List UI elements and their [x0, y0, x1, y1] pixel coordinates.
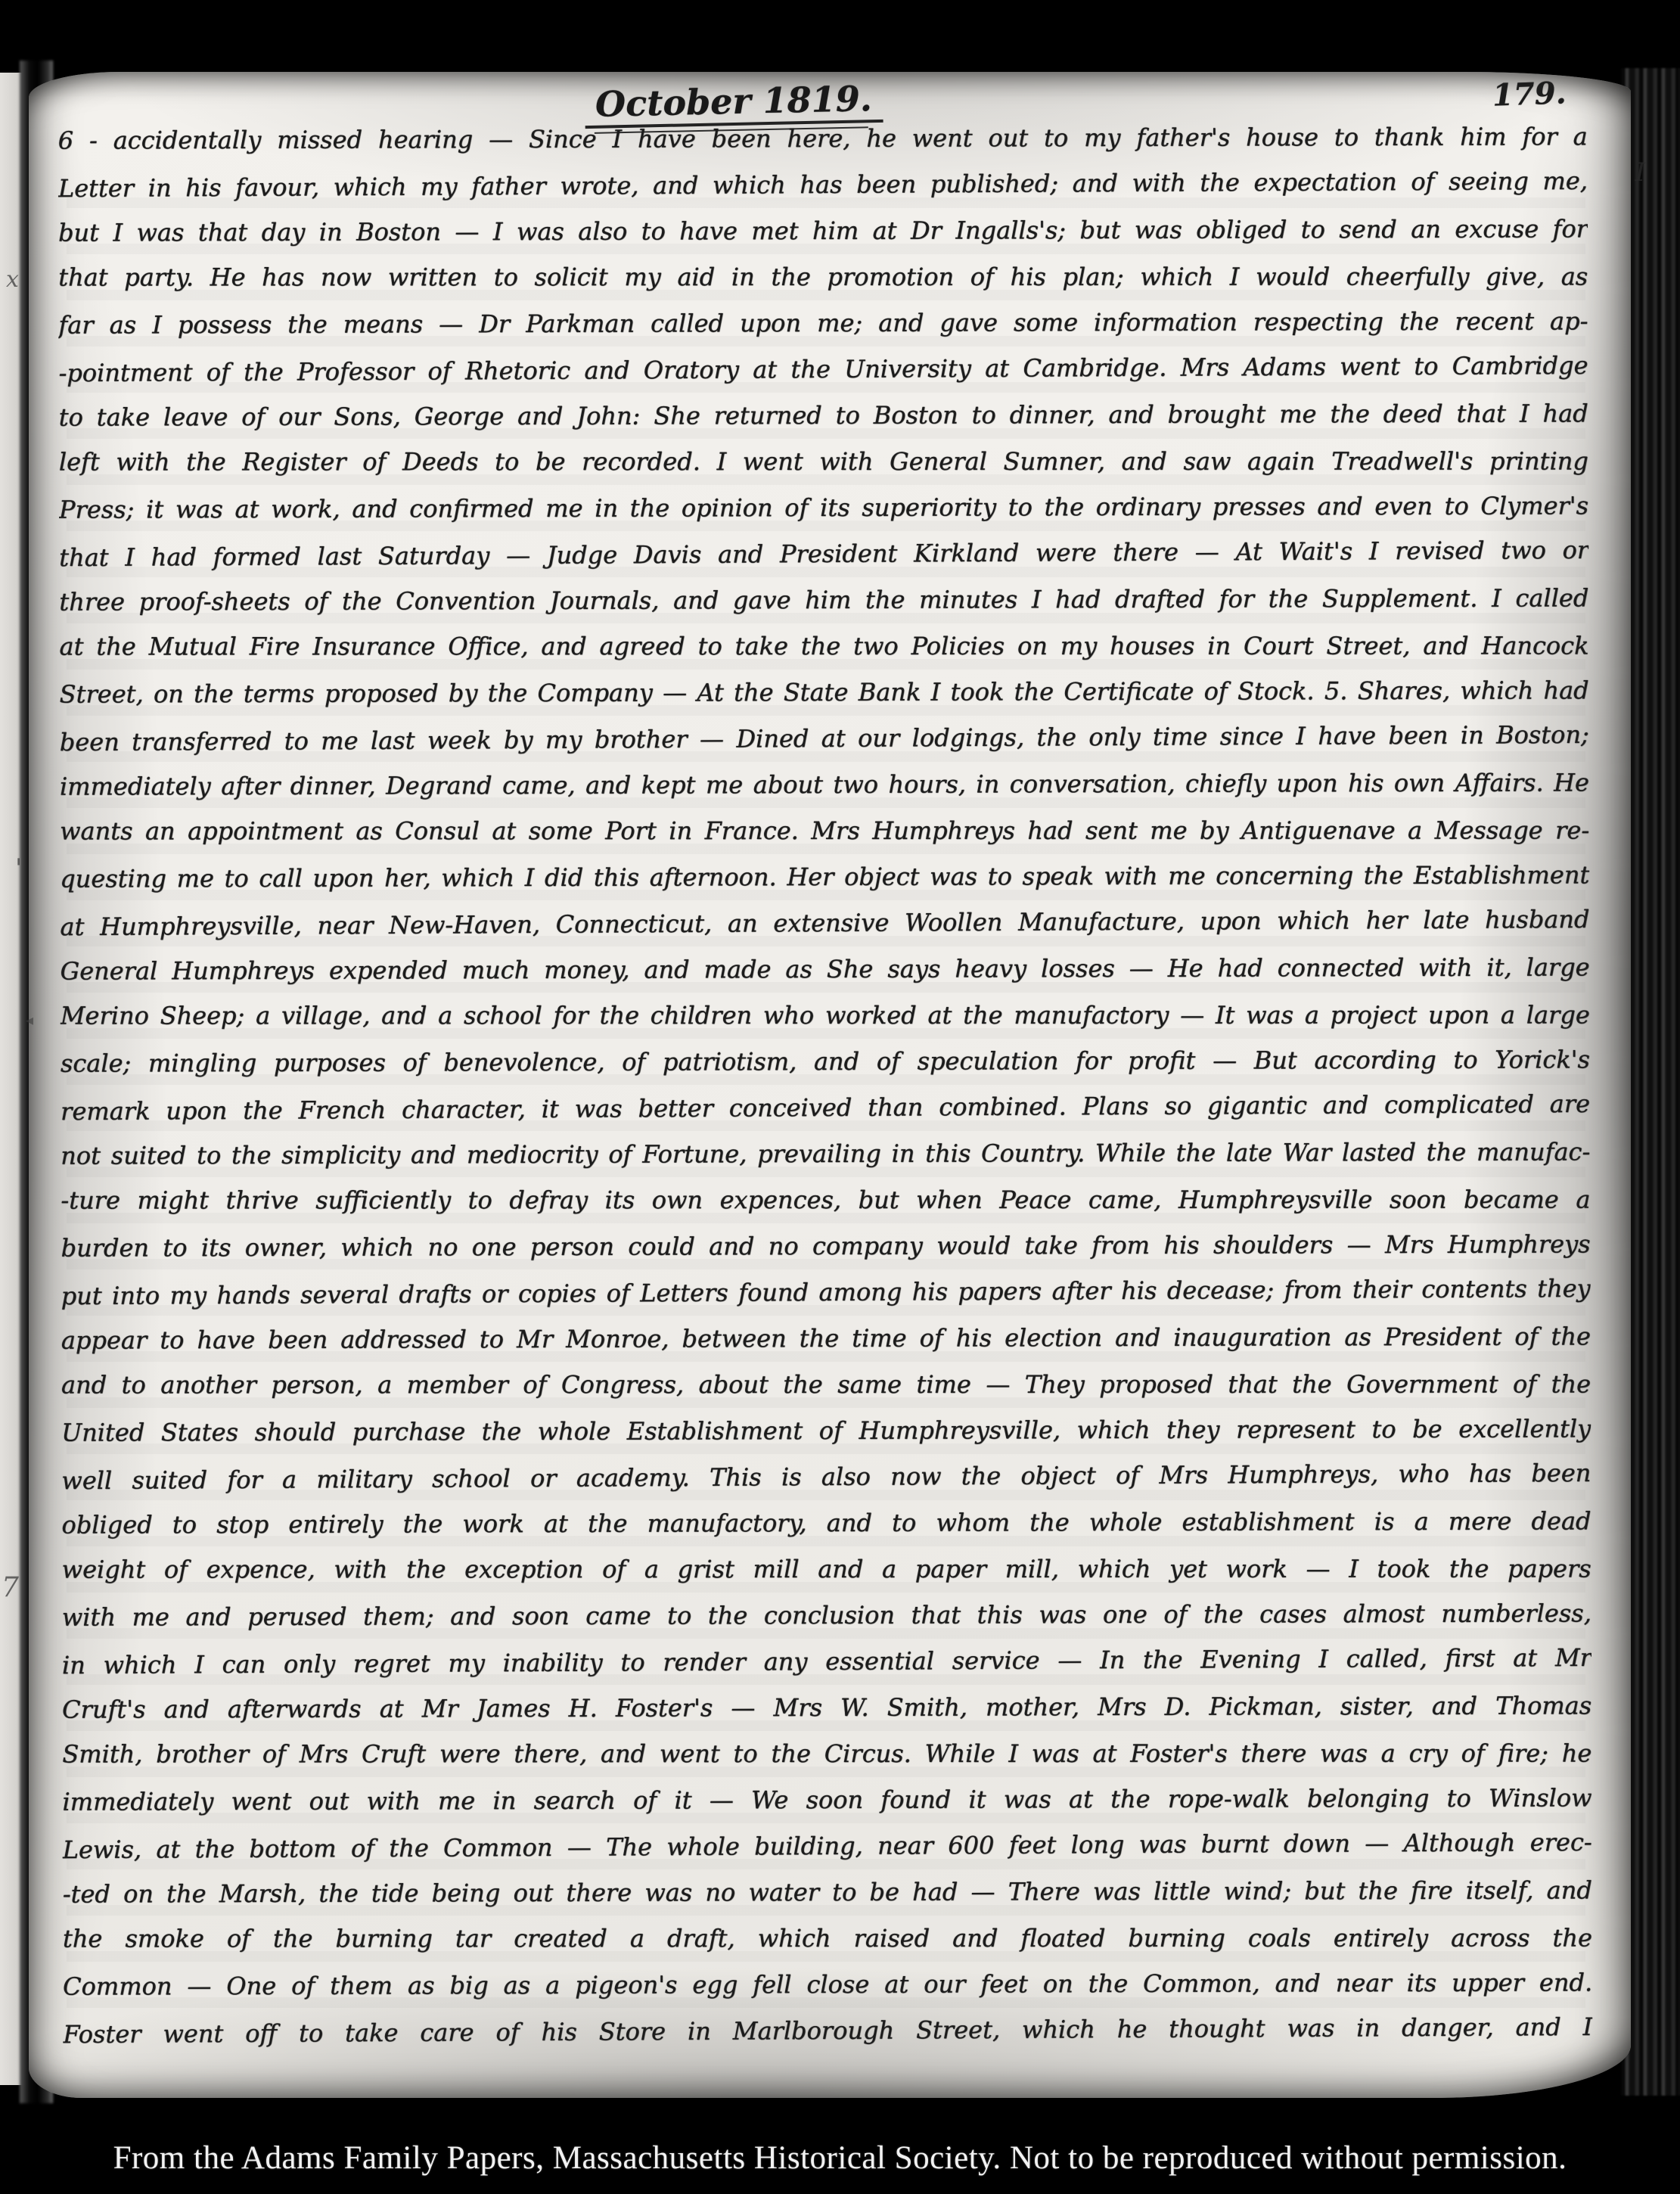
manuscript-line: Merino Sheep; a village, and a school fo… [61, 992, 1590, 1039]
margin-artifact: x [6, 266, 19, 293]
page-number: 179. [1492, 75, 1567, 113]
manuscript-line: questing me to call upon her, which I di… [60, 852, 1589, 902]
manuscript-line: to take leave of our Sons, George and Jo… [59, 390, 1588, 440]
manuscript-line: -ture might thrive sufficiently to defra… [61, 1176, 1590, 1223]
margin-artifact: ◂ [26, 1011, 33, 1029]
manuscript-line: that party. He has now written to solici… [58, 253, 1588, 300]
manuscript-line: weight of expence, with the exception of… [62, 1546, 1591, 1593]
manuscript-line: not suited to the simplicity and mediocr… [61, 1129, 1590, 1179]
manuscript-line: well suited for a military school or aca… [61, 1450, 1591, 1504]
scanned-diary-photo: { "document": { "header": { "date": "Oct… [0, 0, 1680, 2194]
manuscript-line: far as I possess the means — Dr Parkman … [58, 298, 1588, 348]
manuscript-line: Lewis, at the bottom of the Common — The… [62, 1820, 1591, 1873]
manuscript-line: Cruft's and afterwards at Mr James H. Fo… [62, 1683, 1591, 1733]
manuscript-line: burden to its owner, which no one person… [61, 1221, 1590, 1271]
scan-background: October 1819. 179. 6 - accidentally miss… [0, 0, 1680, 2194]
manuscript-line: that I had formed last Saturday — Judge … [59, 527, 1588, 581]
manuscript-line: Smith, brother of Mrs Cruft were there, … [62, 1730, 1591, 1777]
manuscript-line: 6 - accidentally missed hearing — Since … [58, 113, 1588, 163]
manuscript-line: Common — One of them as big as a pigeon'… [63, 1959, 1592, 2009]
manuscript-line: Foster went off to take care of his Stor… [63, 2004, 1592, 2058]
manuscript-line: obliged to stop entirely the work at the… [61, 1498, 1591, 1548]
manuscript-line: been transferred to me last week by my b… [60, 712, 1589, 766]
manuscript-line: Street, on the terms proposed by the Com… [60, 667, 1589, 717]
manuscript-line: Letter in his favour, which my father wr… [58, 158, 1588, 212]
manuscript-line: wants an appointment as Consul at some P… [60, 807, 1589, 854]
manuscript-line: United States should purchase the whole … [61, 1406, 1591, 1456]
manuscript-line: -pointment of the Professor of Rhetoric … [58, 343, 1588, 396]
manuscript-body: 6 - accidentally missed hearing — Since … [58, 113, 1593, 2056]
manuscript-line: at Humphreysville, near New-Haven, Conne… [60, 897, 1589, 950]
margin-artifact: I [1635, 157, 1645, 188]
manuscript-line: in which I can only regret my inability … [62, 1635, 1591, 1689]
manuscript-line: -ted on the Marsh, the tide being out th… [63, 1867, 1592, 1917]
manuscript-line: but I was that day in Boston — I was als… [58, 206, 1588, 256]
manuscript-line: at the Mutual Fire Insurance Office, and… [59, 623, 1588, 670]
manuscript-page: October 1819. 179. 6 - accidentally miss… [29, 72, 1631, 2098]
manuscript-line: General Humphreys expended much money, a… [61, 944, 1590, 994]
manuscript-line: and to another person, a member of Congr… [61, 1361, 1591, 1408]
manuscript-line: the smoke of the burning tar created a d… [63, 1915, 1592, 1962]
manuscript-line: with me and perused them; and soon came … [62, 1590, 1591, 1640]
margin-artifact: ' [15, 853, 22, 884]
manuscript-line: put into my hands several drafts or copi… [61, 1266, 1591, 1319]
margin-artifact: 7 [2, 1572, 19, 1603]
manuscript-line: left with the Register of Deeds to be re… [59, 438, 1588, 485]
manuscript-line: three proof-sheets of the Convention Jou… [59, 575, 1588, 625]
manuscript-line: immediately went out with me in search o… [62, 1775, 1591, 1825]
manuscript-line: appear to have been addressed to Mr Monr… [61, 1313, 1591, 1363]
footer-credit: From the Adams Family Papers, Massachuse… [0, 2140, 1680, 2177]
manuscript-line: Press; it was at work, and confirmed me … [59, 483, 1588, 533]
manuscript-line: scale; mingling purposes of benevolence,… [61, 1036, 1590, 1086]
manuscript-line: remark upon the French character, it was… [61, 1081, 1590, 1135]
manuscript-line: immediately after dinner, Degrand came, … [60, 760, 1589, 810]
